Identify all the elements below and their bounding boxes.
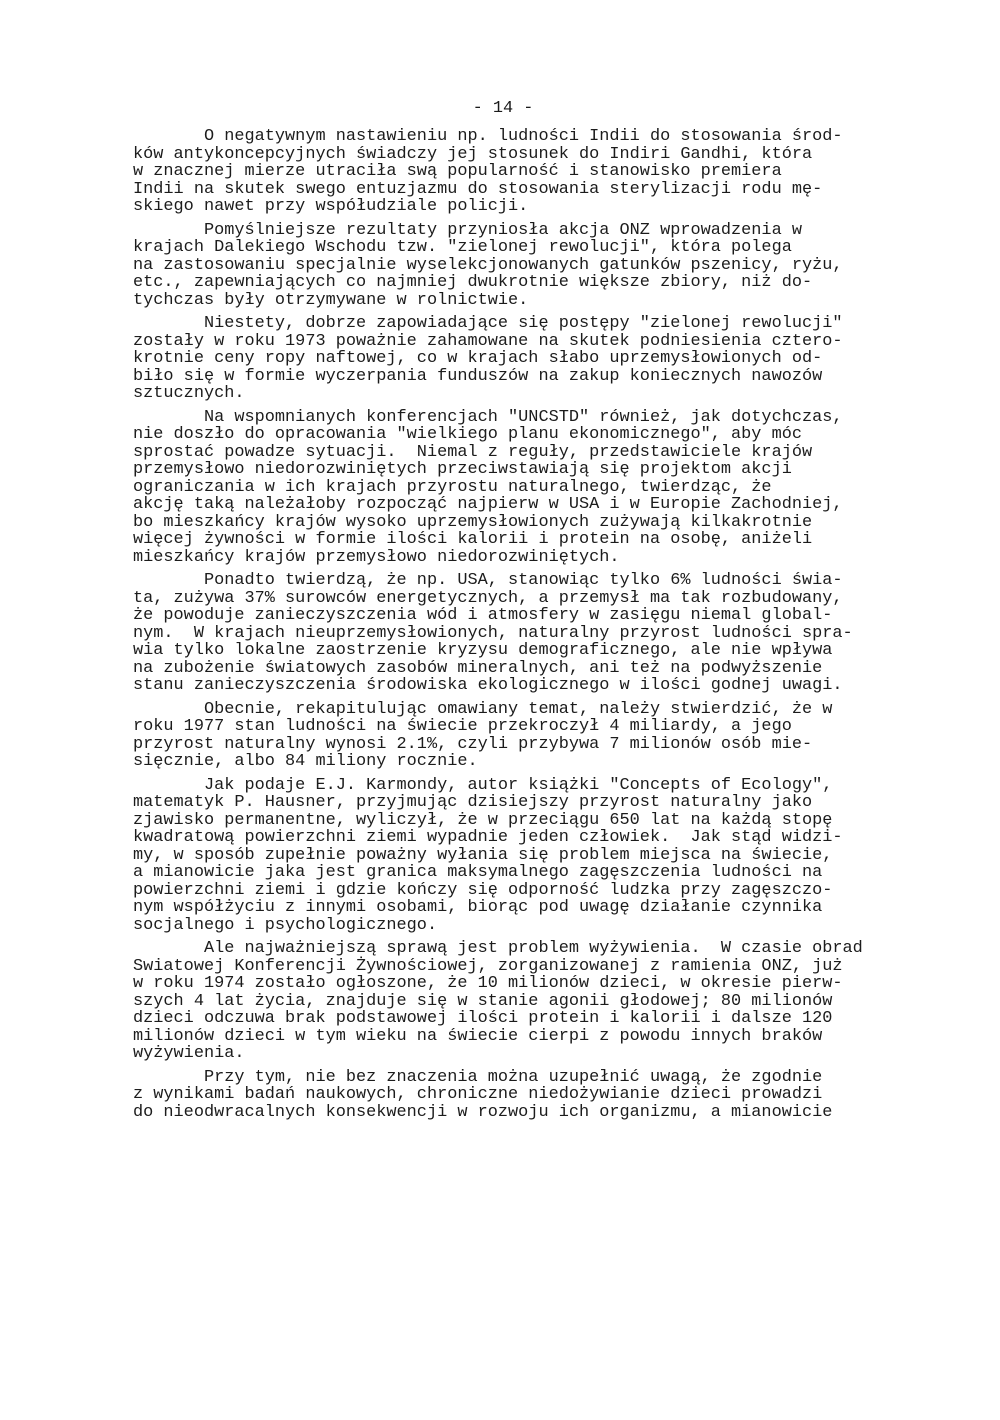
text-line: wia tylko lokalne zaostrzenie kryzysu de… [133,642,893,660]
text-line: Niestety, dobrze zapowiadające się postę… [133,315,893,333]
body-text: O negatywnym nastawieniu np. ludności In… [133,128,893,1127]
text-line: biło się w formie wyczerpania funduszów … [133,368,893,386]
text-line: przemysłowo niedorozwiniętych przeciwsta… [133,461,893,479]
text-line: akcję taką należałoby rozpocząć najpierw… [133,496,893,514]
paragraph: Obecnie, rekapitulując omawiany temat, n… [133,701,893,771]
text-line: my, w sposób zupełnie poważny wyłania si… [133,847,893,865]
text-line: ków antykoncepcyjnych świadczy jej stosu… [133,146,893,164]
text-line: mieszkańcy krajów przemysłowo niedorozwi… [133,549,893,567]
text-line: w znacznej mierze utraciła swą popularno… [133,163,893,181]
paragraph: Pomyślniejsze rezultaty przyniosła akcja… [133,222,893,310]
text-line: skiego nawet przy współudziale policji. [133,198,893,216]
text-line: zjawisko permanentne, wyliczył, że w prz… [133,812,893,830]
text-line: sztucznych. [133,385,893,403]
text-line: kwadratową powierzchni ziemi wypadnie je… [133,829,893,847]
text-line: Pomyślniejsze rezultaty przyniosła akcja… [133,222,893,240]
page-number: - 14 - [0,100,1000,118]
paragraph: Na wspomnianych konferencjach "UNCSTD" r… [133,409,893,567]
text-line: O negatywnym nastawieniu np. ludności In… [133,128,893,146]
text-line: etc., zapewniających co najmniej dwukrot… [133,274,893,292]
text-line: z wynikami badań naukowych, chroniczne n… [133,1086,893,1104]
text-line: przyrost naturalny wynosi 2.1%, czyli pr… [133,736,893,754]
paragraph: Jak podaje E.J. Karmondy, autor książki … [133,777,893,935]
text-line: do nieodwracalnych konsekwencji w rozwoj… [133,1104,893,1122]
text-line: wyżywienia. [133,1045,893,1063]
text-line: Indii na skutek swego entuzjazmu do stos… [133,181,893,199]
text-line: nie doszło do opracowania "wielkiego pla… [133,426,893,444]
text-line: dzieci odczuwa brak podstawowej ilości p… [133,1010,893,1028]
text-line: szych 4 lat życia, znajduje się w stanie… [133,993,893,1011]
text-line: matematyk P. Hausner, przyjmując dzisiej… [133,794,893,812]
text-line: krotnie ceny ropy naftowej, co w krajach… [133,350,893,368]
paragraph: Niestety, dobrze zapowiadające się postę… [133,315,893,403]
text-line: Ponadto twierdzą, że np. USA, stanowiąc … [133,572,893,590]
text-line: na zastosowaniu specjalnie wyselekcjonow… [133,257,893,275]
text-line: stanu zanieczyszczenia środowiska ekolog… [133,677,893,695]
text-line: sięcznie, albo 84 miliony rocznie. [133,753,893,771]
paragraph: O negatywnym nastawieniu np. ludności In… [133,128,893,216]
text-line: Obecnie, rekapitulując omawiany temat, n… [133,701,893,719]
text-line: Jak podaje E.J. Karmondy, autor książki … [133,777,893,795]
text-line: powierzchni ziemi i gdzie kończy się odp… [133,882,893,900]
text-line: tychczas były otrzymywane w rolnictwie. [133,292,893,310]
paragraph: Ponadto twierdzą, że np. USA, stanowiąc … [133,572,893,695]
text-line: na zubożenie światowych zasobów mineraln… [133,660,893,678]
text-line: sprostać powadze sytuacji. Niemal z regu… [133,444,893,462]
text-line: roku 1977 stan ludności na świecie przek… [133,718,893,736]
text-line: nym współżyciu z innymi osobami, biorąc … [133,899,893,917]
text-line: bo mieszkańcy krajów wysoko uprzemysłowi… [133,514,893,532]
text-line: Swiatowej Konferencji Żywnościowej, zorg… [133,958,893,976]
text-line: więcej żywności w formie ilości kalorii … [133,531,893,549]
text-line: w roku 1974 zostało ogłoszone, że 10 mil… [133,975,893,993]
text-line: Na wspomnianych konferencjach "UNCSTD" r… [133,409,893,427]
text-line: Przy tym, nie bez znaczenia można uzupeł… [133,1069,893,1087]
text-line: ograniczania w ich krajach przyrostu nat… [133,479,893,497]
document-page: - 14 - O negatywnym nastawieniu np. ludn… [0,0,1000,1420]
text-line: Ale najważniejszą sprawą jest problem wy… [133,940,893,958]
text-line: nym. W krajach nieuprzemysłowionych, nat… [133,625,893,643]
text-line: że powoduje zanieczyszczenia wód i atmos… [133,607,893,625]
text-line: ta, zużywa 37% surowców energetycznych, … [133,590,893,608]
text-line: socjalnego i psychologicznego. [133,917,893,935]
text-line: a mianowicie jaka jest granica maksymaln… [133,864,893,882]
text-line: zostały w roku 1973 poważnie zahamowane … [133,333,893,351]
text-line: krajach Dalekiego Wschodu tzw. "zielonej… [133,239,893,257]
paragraph: Przy tym, nie bez znaczenia można uzupeł… [133,1069,893,1122]
text-line: milionów dzieci w tym wieku na świecie c… [133,1028,893,1046]
paragraph: Ale najważniejszą sprawą jest problem wy… [133,940,893,1063]
